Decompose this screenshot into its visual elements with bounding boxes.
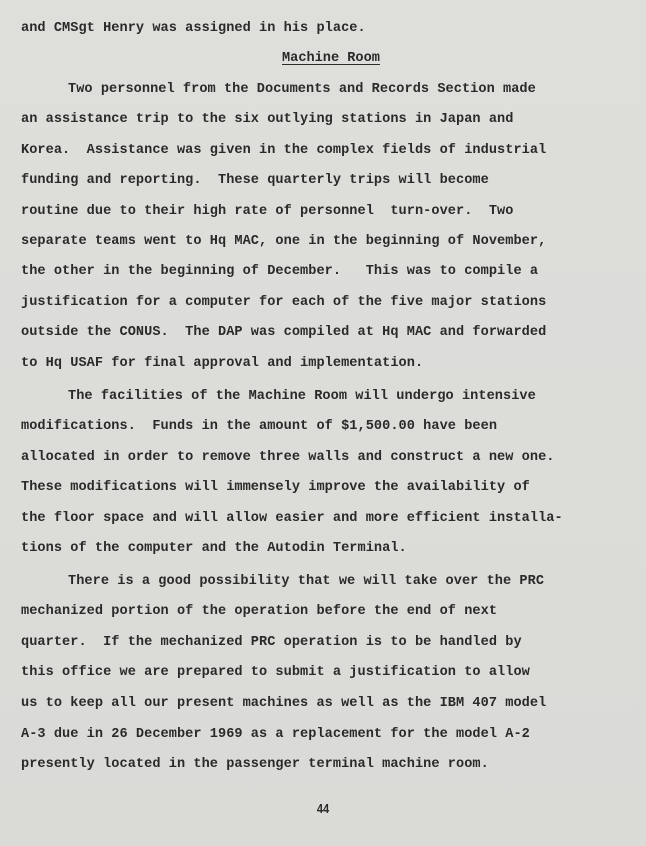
paragraph-1-line-5: routine due to their high rate of person… (21, 204, 513, 220)
paragraph-3-line-4: this office we are prepared to submit a … (21, 665, 530, 681)
document-page: and CMSgt Henry was assigned in his plac… (0, 0, 646, 846)
paragraph-1-line-10: to Hq USAF for final approval and implem… (21, 356, 423, 372)
paragraph-1-line-4: funding and reporting. These quarterly t… (21, 173, 489, 189)
paragraph-1-line-2: an assistance trip to the six outlying s… (21, 112, 513, 128)
paragraph-3-line-2: mechanized portion of the operation befo… (21, 604, 497, 620)
paragraph-2-line-1: The facilities of the Machine Room will … (68, 389, 536, 405)
paragraph-2-line-2: modifications. Funds in the amount of $1… (21, 419, 497, 435)
paragraph-1-line-6: separate teams went to Hq MAC, one in th… (21, 234, 546, 250)
paragraph-3-line-1: There is a good possibility that we will… (68, 574, 544, 590)
paragraph-3-line-3: quarter. If the mechanized PRC operation… (21, 635, 522, 651)
continuation-line: and CMSgt Henry was assigned in his plac… (21, 21, 366, 37)
paragraph-2-line-4: These modifications will immensely impro… (21, 480, 530, 496)
paragraph-2-line-6: tions of the computer and the Autodin Te… (21, 541, 407, 557)
paragraph-1-line-7: the other in the beginning of December. … (21, 264, 538, 280)
paragraph-1-line-8: justification for a computer for each of… (21, 295, 546, 311)
paragraph-3-line-5: us to keep all our present machines as w… (21, 696, 546, 712)
paragraph-2-line-3: allocated in order to remove three walls… (21, 450, 555, 466)
page-number: 44 (48, 801, 597, 816)
paragraph-3-line-7: presently located in the passenger termi… (21, 757, 489, 773)
paragraph-1-line-1: Two personnel from the Documents and Rec… (68, 82, 536, 98)
paragraph-1-line-9: outside the CONUS. The DAP was compiled … (21, 325, 546, 341)
paragraph-1-line-3: Korea. Assistance was given in the compl… (21, 143, 546, 159)
paragraph-2-line-5: the floor space and will allow easier an… (21, 511, 563, 527)
paragraph-3-line-6: A-3 due in 26 December 1969 as a replace… (21, 727, 530, 743)
section-heading: Machine Room (282, 51, 380, 67)
